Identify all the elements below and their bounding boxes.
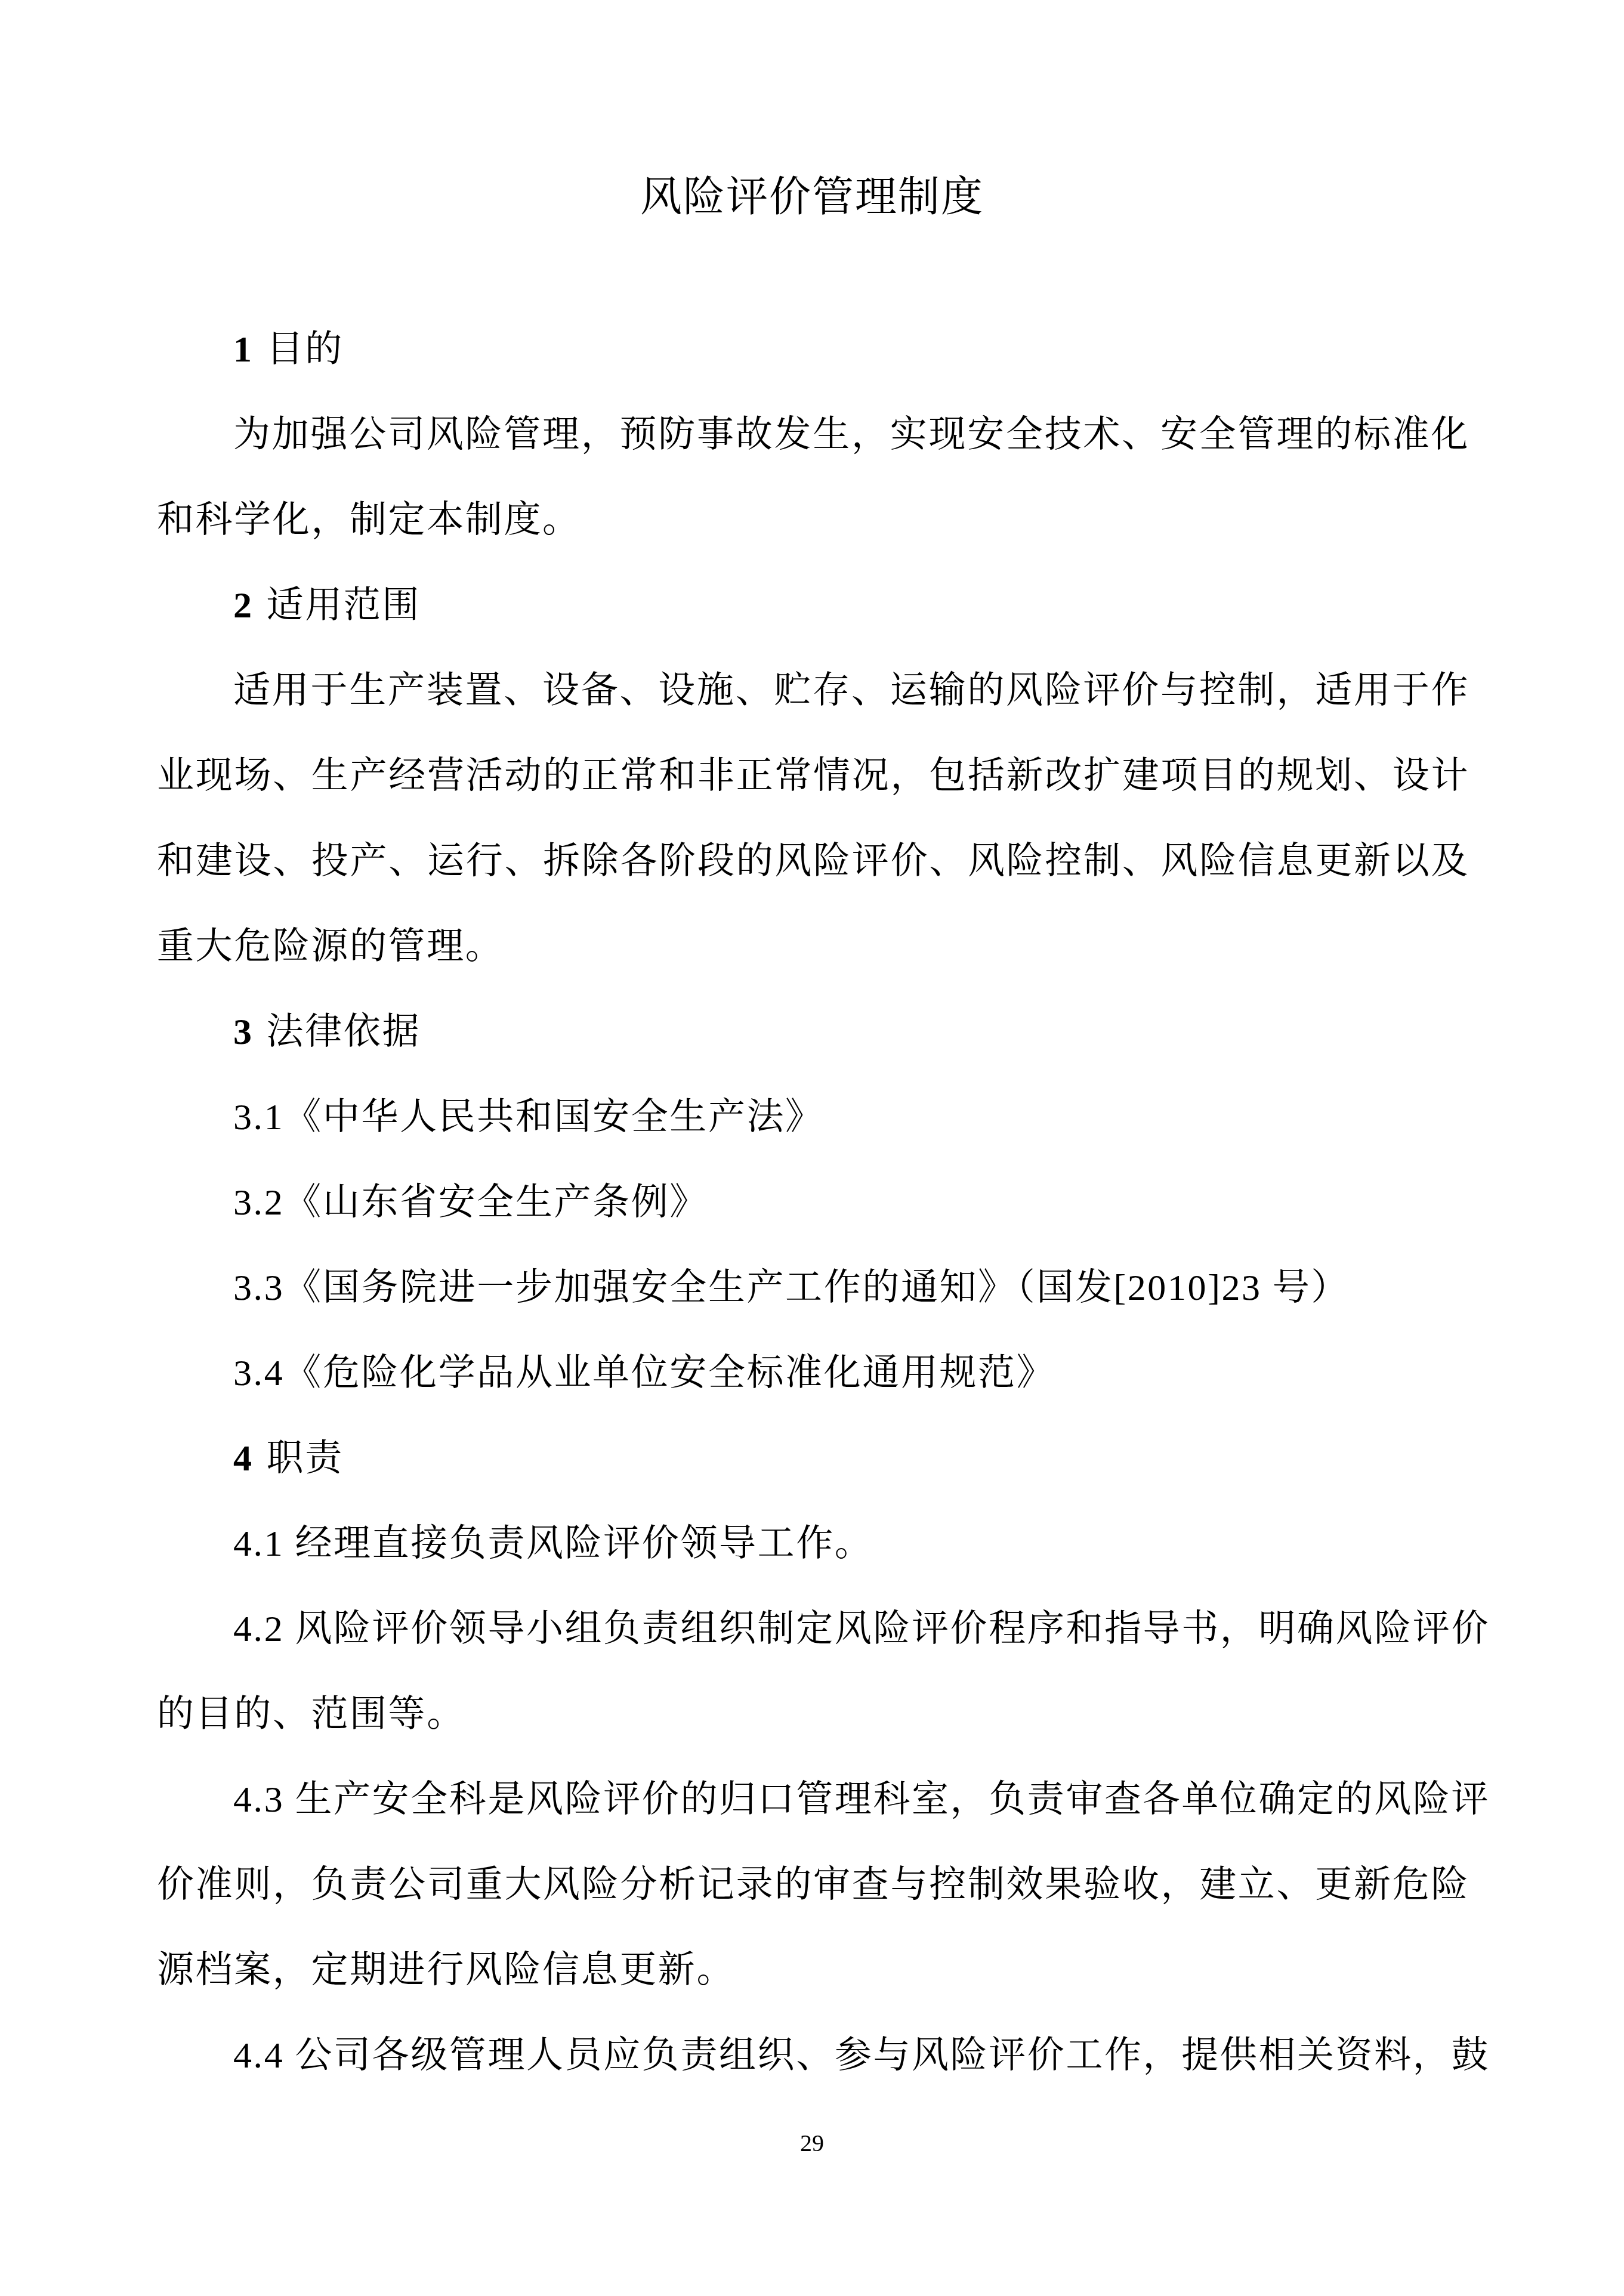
- section-heading-2: 2适用范围: [157, 576, 1469, 661]
- paragraph-line: 和建设、投产、运行、拆除各阶段的风险评价、风险控制、风险信息更新以及: [157, 832, 1469, 917]
- responsibility-4-3-line: 4.3 生产安全科是风险评价的归口管理科室，负责审查各单位确定的风险评: [157, 1770, 1469, 1855]
- paragraph-line: 为加强公司风险管理，预防事故发生，实现安全技术、安全管理的标准化: [157, 405, 1469, 490]
- section-title: 法律依据: [267, 1012, 421, 1052]
- paragraph-line: 适用于生产装置、设备、设施、贮存、运输的风险评价与控制，适用于作: [157, 661, 1469, 746]
- section-heading-3: 3法律依据: [157, 1002, 1469, 1087]
- document-page: 风险评价管理制度 1目的 为加强公司风险管理，预防事故发生，实现安全技术、安全管…: [0, 0, 1624, 2296]
- section-number: 3: [233, 1012, 254, 1052]
- section-number: 4: [233, 1438, 254, 1479]
- section-title: 职责: [267, 1438, 344, 1479]
- legal-basis-item-3: 3.3《国务院进一步加强安全生产工作的通知》（国发[2010]23 号）: [157, 1258, 1469, 1343]
- responsibility-4-1: 4.1 经理直接负责风险评价领导工作。: [157, 1514, 1469, 1599]
- section-title: 目的: [267, 329, 344, 370]
- paragraph-line: 业现场、生产经营活动的正常和非正常情况，包括新改扩建项目的规划、设计: [157, 746, 1469, 832]
- legal-basis-item-2: 3.2《山东省安全生产条例》: [157, 1173, 1469, 1258]
- document-title: 风险评价管理制度: [0, 174, 1624, 222]
- legal-basis-item-1: 3.1《中华人民共和国安全生产法》: [157, 1087, 1469, 1173]
- responsibility-4-2-line: 4.2 风险评价领导小组负责组织制定风险评价程序和指导书，明确风险评价: [157, 1599, 1469, 1685]
- section-number: 1: [233, 329, 254, 370]
- paragraph-line: 和科学化，制定本制度。: [157, 490, 1469, 576]
- responsibility-4-2-line: 的目的、范围等。: [157, 1685, 1469, 1770]
- responsibility-4-3-line: 价准则，负责公司重大风险分析记录的审查与控制效果验收，建立、更新危险: [157, 1855, 1469, 1940]
- page-number: 29: [0, 2128, 1624, 2158]
- responsibility-4-4-line: 4.4 公司各级管理人员应负责组织、参与风险评价工作，提供相关资料，鼓: [157, 2026, 1469, 2111]
- section-heading-4: 4职责: [157, 1429, 1469, 1514]
- section-heading-1: 1目的: [157, 320, 1469, 405]
- paragraph-line: 重大危险源的管理。: [157, 917, 1469, 1002]
- section-title: 适用范围: [267, 585, 421, 626]
- section-number: 2: [233, 585, 254, 626]
- legal-basis-item-4: 3.4《危险化学品从业单位安全标准化通用规范》: [157, 1343, 1469, 1429]
- responsibility-4-3-line: 源档案，定期进行风险信息更新。: [157, 1940, 1469, 2026]
- document-body: 1目的 为加强公司风险管理，预防事故发生，实现安全技术、安全管理的标准化 和科学…: [157, 320, 1469, 2111]
